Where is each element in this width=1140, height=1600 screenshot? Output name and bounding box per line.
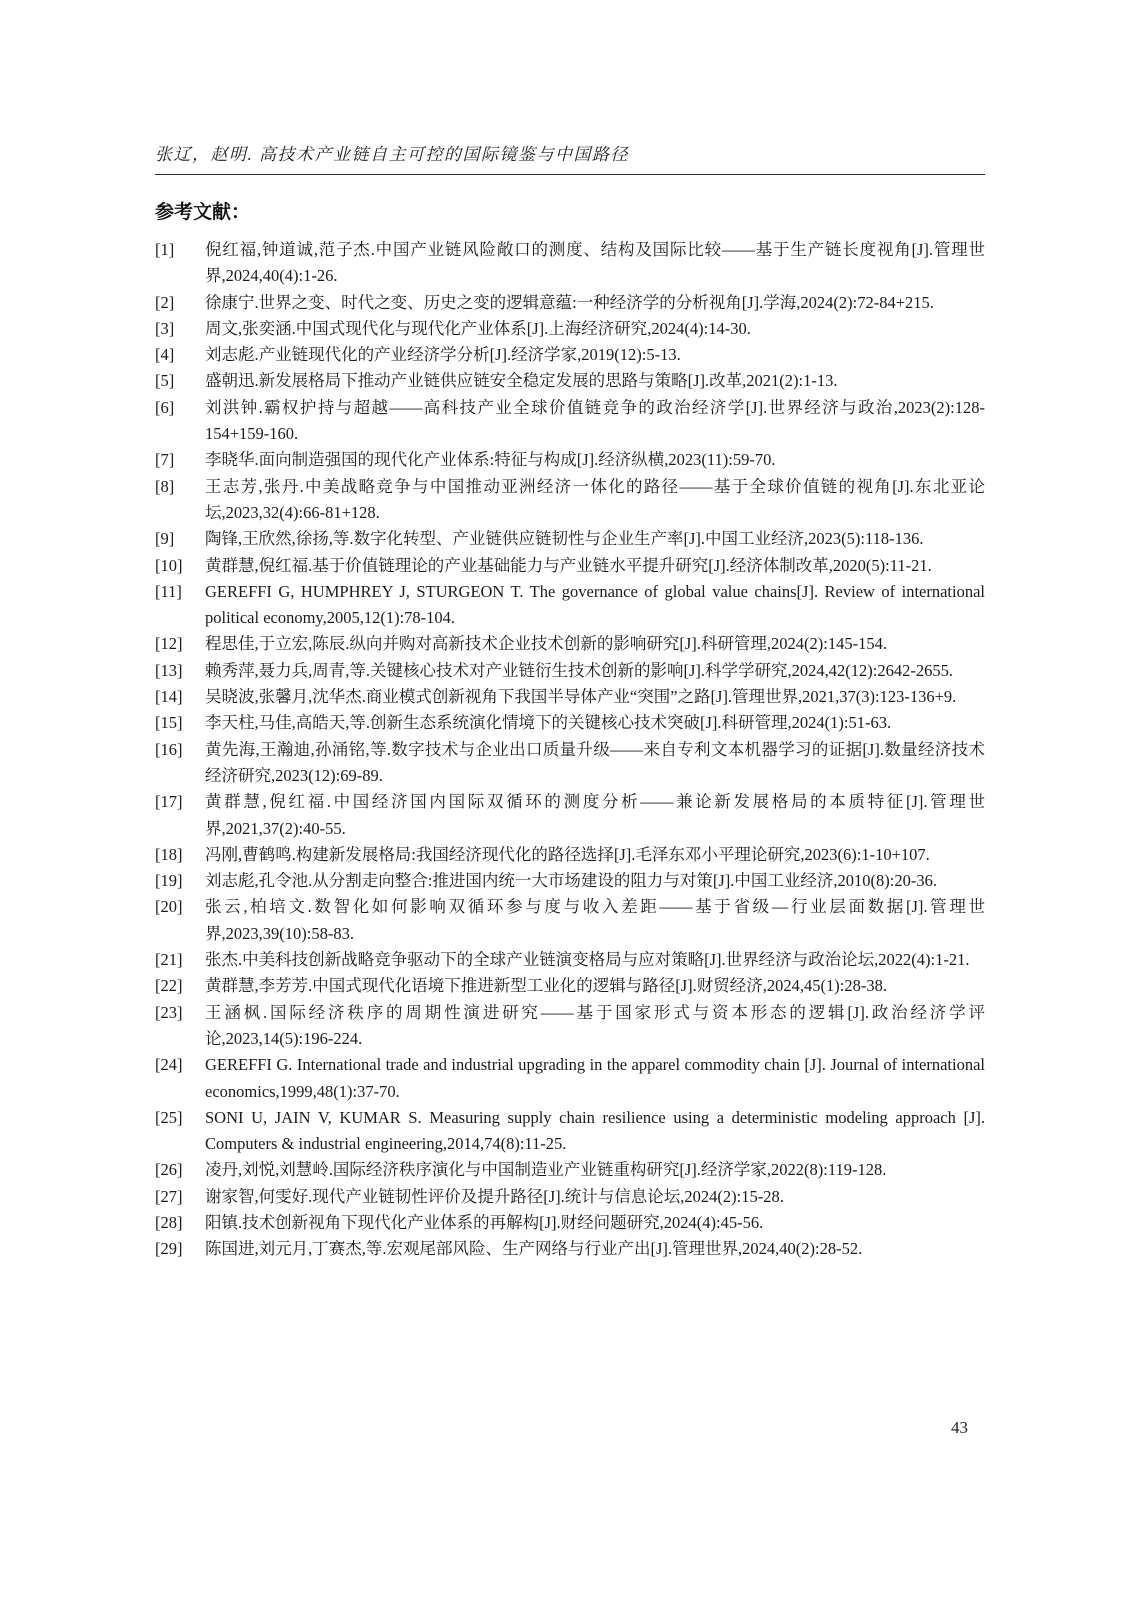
reference-text: GEREFFI G, HUMPHREY J, STURGEON T. The g… bbox=[205, 579, 985, 632]
reference-number: [19] bbox=[155, 868, 205, 894]
reference-text: 刘志彪.产业链现代化的产业经济学分析[J].经济学家,2019(12):5-13… bbox=[205, 342, 985, 368]
reference-text: GEREFFI G. International trade and indus… bbox=[205, 1052, 985, 1105]
reference-item: [22] 黄群慧,李芳芳.中国式现代化语境下推进新型工业化的逻辑与路径[J].财… bbox=[155, 973, 985, 999]
reference-item: [28] 阳镇.技术创新视角下现代化产业体系的再解构[J].财经问题研究,202… bbox=[155, 1210, 985, 1236]
reference-text: 程思佳,于立宏,陈辰.纵向并购对高新技术企业技术创新的影响研究[J].科研管理,… bbox=[205, 631, 985, 657]
reference-number: [1] bbox=[155, 237, 205, 263]
reference-text: 刘洪钟.霸权护持与超越——高科技产业全球价值链竞争的政治经济学[J].世界经济与… bbox=[205, 395, 985, 448]
reference-text: 盛朝迅.新发展格局下推动产业链供应链安全稳定发展的思路与策略[J].改革,202… bbox=[205, 368, 985, 394]
reference-item: [21] 张杰.中美科技创新战略竞争驱动下的全球产业链演变格局与应对策略[J].… bbox=[155, 947, 985, 973]
reference-number: [10] bbox=[155, 553, 205, 579]
reference-item: [18] 冯刚,曹鹤鸣.构建新发展格局:我国经济现代化的路径选择[J].毛泽东邓… bbox=[155, 842, 985, 868]
reference-number: [26] bbox=[155, 1157, 205, 1183]
reference-text: 陶锋,王欣然,徐扬,等.数字化转型、产业链供应链韧性与企业生产率[J].中国工业… bbox=[205, 526, 985, 552]
reference-number: [14] bbox=[155, 684, 205, 710]
reference-number: [15] bbox=[155, 710, 205, 736]
reference-item: [29] 陈国进,刘元月,丁赛杰,等.宏观尾部风险、生产网络与行业产出[J].管… bbox=[155, 1236, 985, 1262]
reference-number: [4] bbox=[155, 342, 205, 368]
reference-number: [18] bbox=[155, 842, 205, 868]
reference-number: [11] bbox=[155, 579, 205, 605]
reference-text: SONI U, JAIN V, KUMAR S. Measuring suppl… bbox=[205, 1105, 985, 1158]
reference-item: [11] GEREFFI G, HUMPHREY J, STURGEON T. … bbox=[155, 579, 985, 632]
reference-text: 黄群慧,李芳芳.中国式现代化语境下推进新型工业化的逻辑与路径[J].财贸经济,2… bbox=[205, 973, 985, 999]
references-list: [1] 倪红福,钟道诚,范子杰.中国产业链风险敞口的测度、结构及国际比较——基于… bbox=[155, 237, 985, 1263]
running-header: 张辽，赵明. 高技术产业链自主可控的国际镜鉴与中国路径 bbox=[155, 140, 985, 174]
reference-number: [24] bbox=[155, 1052, 205, 1078]
reference-text: 冯刚,曹鹤鸣.构建新发展格局:我国经济现代化的路径选择[J].毛泽东邓小平理论研… bbox=[205, 842, 985, 868]
reference-item: [17] 黄群慧,倪红福.中国经济国内国际双循环的测度分析——兼论新发展格局的本… bbox=[155, 789, 985, 842]
reference-number: [7] bbox=[155, 447, 205, 473]
reference-text: 谢家智,何雯好.现代产业链韧性评价及提升路径[J].统计与信息论坛,2024(2… bbox=[205, 1184, 985, 1210]
reference-number: [3] bbox=[155, 316, 205, 342]
reference-text: 张云,柏培文.数智化如何影响双循环参与度与收入差距——基于省级—行业层面数据[J… bbox=[205, 894, 985, 947]
reference-item: [26] 凌丹,刘悦,刘慧岭.国际经济秩序演化与中国制造业产业链重构研究[J].… bbox=[155, 1157, 985, 1183]
reference-item: [10] 黄群慧,倪红福.基于价值链理论的产业基础能力与产业链水平提升研究[J]… bbox=[155, 553, 985, 579]
page-content: 张辽，赵明. 高技术产业链自主可控的国际镜鉴与中国路径 参考文献： [1] 倪红… bbox=[155, 140, 985, 1263]
reference-item: [6] 刘洪钟.霸权护持与超越——高科技产业全球价值链竞争的政治经济学[J].世… bbox=[155, 395, 985, 448]
reference-text: 李天柱,马佳,高皓天,等.创新生态系统演化情境下的关键核心技术突破[J].科研管… bbox=[205, 710, 985, 736]
reference-number: [21] bbox=[155, 947, 205, 973]
reference-number: [29] bbox=[155, 1236, 205, 1262]
reference-item: [3] 周文,张奕涵.中国式现代化与现代化产业体系[J].上海经济研究,2024… bbox=[155, 316, 985, 342]
reference-item: [8] 王志芳,张丹.中美战略竞争与中国推动亚洲经济一体化的路径——基于全球价值… bbox=[155, 474, 985, 527]
reference-item: [19] 刘志彪,孔令池.从分割走向整合:推进国内统一大市场建设的阻力与对策[J… bbox=[155, 868, 985, 894]
reference-number: [9] bbox=[155, 526, 205, 552]
reference-item: [27] 谢家智,何雯好.现代产业链韧性评价及提升路径[J].统计与信息论坛,2… bbox=[155, 1184, 985, 1210]
reference-item: [1] 倪红福,钟道诚,范子杰.中国产业链风险敞口的测度、结构及国际比较——基于… bbox=[155, 237, 985, 290]
reference-number: [22] bbox=[155, 973, 205, 999]
reference-item: [7] 李晓华.面向制造强国的现代化产业体系:特征与构成[J].经济纵横,202… bbox=[155, 447, 985, 473]
reference-item: [14] 吴晓波,张馨月,沈华杰.商业模式创新视角下我国半导体产业“突围”之路[… bbox=[155, 684, 985, 710]
reference-text: 黄群慧,倪红福.中国经济国内国际双循环的测度分析——兼论新发展格局的本质特征[J… bbox=[205, 789, 985, 842]
references-section-title: 参考文献： bbox=[155, 197, 985, 224]
page-number: 43 bbox=[951, 1418, 968, 1438]
reference-text: 李晓华.面向制造强国的现代化产业体系:特征与构成[J].经济纵横,2023(11… bbox=[205, 447, 985, 473]
reference-text: 徐康宁.世界之变、时代之变、历史之变的逻辑意蕴:一种经济学的分析视角[J].学海… bbox=[205, 290, 985, 316]
reference-text: 吴晓波,张馨月,沈华杰.商业模式创新视角下我国半导体产业“突围”之路[J].管理… bbox=[205, 684, 985, 710]
document-page: 张辽，赵明. 高技术产业链自主可控的国际镜鉴与中国路径 参考文献： [1] 倪红… bbox=[0, 0, 1140, 1600]
reference-number: [13] bbox=[155, 658, 205, 684]
reference-text: 张杰.中美科技创新战略竞争驱动下的全球产业链演变格局与应对策略[J].世界经济与… bbox=[205, 947, 985, 973]
reference-item: [13] 赖秀萍,聂力兵,周青,等.关键核心技术对产业链衍生技术创新的影响[J]… bbox=[155, 658, 985, 684]
reference-item: [25] SONI U, JAIN V, KUMAR S. Measuring … bbox=[155, 1105, 985, 1158]
reference-item: [20] 张云,柏培文.数智化如何影响双循环参与度与收入差距——基于省级—行业层… bbox=[155, 894, 985, 947]
reference-number: [17] bbox=[155, 789, 205, 815]
reference-number: [12] bbox=[155, 631, 205, 657]
reference-item: [9] 陶锋,王欣然,徐扬,等.数字化转型、产业链供应链韧性与企业生产率[J].… bbox=[155, 526, 985, 552]
reference-number: [28] bbox=[155, 1210, 205, 1236]
reference-number: [8] bbox=[155, 474, 205, 500]
reference-number: [5] bbox=[155, 368, 205, 394]
reference-text: 倪红福,钟道诚,范子杰.中国产业链风险敞口的测度、结构及国际比较——基于生产链长… bbox=[205, 237, 985, 290]
reference-text: 陈国进,刘元月,丁赛杰,等.宏观尾部风险、生产网络与行业产出[J].管理世界,2… bbox=[205, 1236, 985, 1262]
reference-item: [4] 刘志彪.产业链现代化的产业经济学分析[J].经济学家,2019(12):… bbox=[155, 342, 985, 368]
reference-text: 王涵枫.国际经济秩序的周期性演进研究——基于国家形式与资本形态的逻辑[J].政治… bbox=[205, 1000, 985, 1053]
reference-number: [20] bbox=[155, 894, 205, 920]
reference-item: [24] GEREFFI G. International trade and … bbox=[155, 1052, 985, 1105]
reference-item: [15] 李天柱,马佳,高皓天,等.创新生态系统演化情境下的关键核心技术突破[J… bbox=[155, 710, 985, 736]
header-rule bbox=[155, 174, 985, 175]
reference-number: [16] bbox=[155, 737, 205, 763]
reference-text: 黄群慧,倪红福.基于价值链理论的产业基础能力与产业链水平提升研究[J].经济体制… bbox=[205, 553, 985, 579]
reference-text: 黄先海,王瀚迪,孙涌铭,等.数字技术与企业出口质量升级——来自专利文本机器学习的… bbox=[205, 737, 985, 790]
reference-item: [2] 徐康宁.世界之变、时代之变、历史之变的逻辑意蕴:一种经济学的分析视角[J… bbox=[155, 290, 985, 316]
reference-number: [6] bbox=[155, 395, 205, 421]
reference-text: 周文,张奕涵.中国式现代化与现代化产业体系[J].上海经济研究,2024(4):… bbox=[205, 316, 985, 342]
reference-text: 刘志彪,孔令池.从分割走向整合:推进国内统一大市场建设的阻力与对策[J].中国工… bbox=[205, 868, 985, 894]
reference-number: [2] bbox=[155, 290, 205, 316]
reference-item: [23] 王涵枫.国际经济秩序的周期性演进研究——基于国家形式与资本形态的逻辑[… bbox=[155, 1000, 985, 1053]
reference-text: 阳镇.技术创新视角下现代化产业体系的再解构[J].财经问题研究,2024(4):… bbox=[205, 1210, 985, 1236]
reference-item: [12] 程思佳,于立宏,陈辰.纵向并购对高新技术企业技术创新的影响研究[J].… bbox=[155, 631, 985, 657]
reference-number: [23] bbox=[155, 1000, 205, 1026]
reference-text: 赖秀萍,聂力兵,周青,等.关键核心技术对产业链衍生技术创新的影响[J].科学学研… bbox=[205, 658, 985, 684]
reference-item: [5] 盛朝迅.新发展格局下推动产业链供应链安全稳定发展的思路与策略[J].改革… bbox=[155, 368, 985, 394]
reference-item: [16] 黄先海,王瀚迪,孙涌铭,等.数字技术与企业出口质量升级——来自专利文本… bbox=[155, 737, 985, 790]
reference-number: [27] bbox=[155, 1184, 205, 1210]
reference-number: [25] bbox=[155, 1105, 205, 1131]
reference-text: 凌丹,刘悦,刘慧岭.国际经济秩序演化与中国制造业产业链重构研究[J].经济学家,… bbox=[205, 1157, 985, 1183]
reference-text: 王志芳,张丹.中美战略竞争与中国推动亚洲经济一体化的路径——基于全球价值链的视角… bbox=[205, 474, 985, 527]
